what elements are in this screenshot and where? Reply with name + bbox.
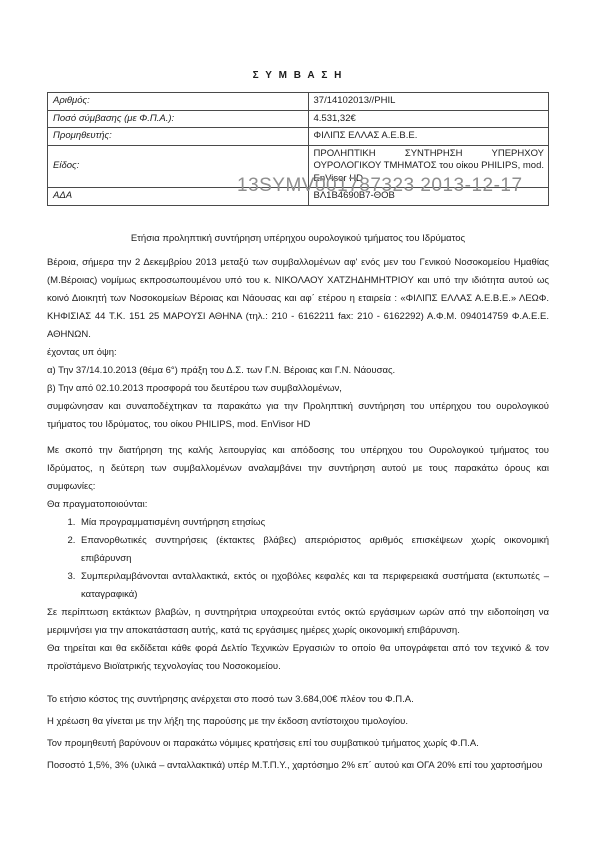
contract-document-page: 13SYMV001787323 2013-12-17 Σ Υ Μ Β Α Σ Η… [0,0,595,842]
page-content: Σ Υ Μ Β Α Σ Η Αριθμός: 37/14102013//PHIL… [47,0,549,775]
report-paragraph: Θα τηρείται και θα εκδίδεται κάθε φορά Δ… [47,640,549,676]
deductions-intro-line: Τον προμηθευτή βαρύνουν οι παρακάτω νόμι… [47,735,549,753]
table-row-supplier: Προμηθευτής: ΦΙΛΙΠΣ ΕΛΛΑΣ Α.Ε.Β.Ε. [48,128,549,146]
table-row-amount: Ποσό σύμβασης (με Φ.Π.Α.): 4.531,32€ [48,110,549,128]
table-row-number: Αριθμός: 37/14102013//PHIL [48,93,549,111]
ada-watermark: 13SYMV001787323 2013-12-17 [237,175,523,197]
intro-paragraph: Βέροια, σήμερα την 2 Δεκεμβρίου 2013 μετ… [47,254,549,344]
body-text: Ετήσια προληπτική συντήρηση υπέρηχου ουρ… [47,230,549,775]
row-value-amount: 4.531,32€ [308,110,549,128]
row-label-amount: Ποσό σύμβασης (με Φ.Π.Α.): [48,110,309,128]
row-label-number: Αριθμός: [48,93,309,111]
agreed-paragraph: συμφώνησαν και συναποδέχτηκαν τα παρακάτ… [47,398,549,434]
row-value-supplier: ΦΙΛΙΠΣ ΕΛΛΑΣ Α.Ε.Β.Ε. [308,128,549,146]
will-take-place-line: Θα πραγματοποιούνται: [47,496,549,514]
charge-line: Η χρέωση θα γίνεται με την λήξη της παρο… [47,713,549,731]
deductions-rates-line: Ποσοστό 1,5%, 3% (υλικά – ανταλλακτικά) … [47,757,549,775]
row-value-number: 37/14102013//PHIL [308,93,549,111]
row-label-supplier: Προμηθευτής: [48,128,309,146]
annual-cost-line: Το ετήσιο κόστος της συντήρησης ανέρχετα… [47,691,549,709]
list-item: Μία προγραμματισμένη συντήρηση ετησίως [78,514,549,532]
regard-item-b: β) Την από 02.10.2013 προσφορά του δευτέ… [47,380,549,398]
emergency-paragraph: Σε περίπτωση εκτάκτων βλαβών, η συντηρήτ… [47,604,549,640]
having-regard-line: έχοντας υπ όψη: [47,344,549,362]
subject-line: Ετήσια προληπτική συντήρηση υπέρηχου ουρ… [47,230,549,248]
list-item: Επανορθωτικές συντηρήσεις (έκτακτες βλάβ… [78,532,549,568]
purpose-paragraph: Με σκοπό την διατήρηση της καλής λειτουρ… [47,442,549,496]
list-item: Συμπεριλαμβάνονται ανταλλακτικά, εκτός ο… [78,568,549,604]
page-title: Σ Υ Μ Β Α Σ Η [47,70,549,82]
regard-item-a: α) Την 37/14.10.2013 (θέμα 6°) πράξη του… [47,362,549,380]
maintenance-terms-list: Μία προγραμματισμένη συντήρηση ετησίως Ε… [47,514,549,604]
